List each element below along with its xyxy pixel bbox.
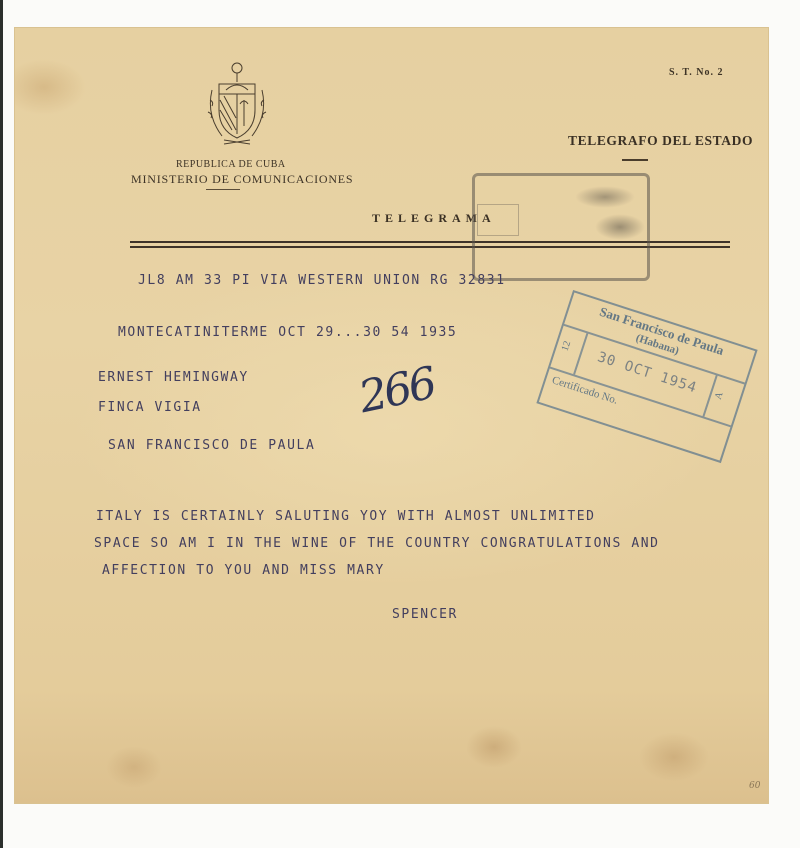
scan-edge [0,0,3,848]
divider [206,189,240,190]
recipient-estate: FINCA VIGIA [98,400,202,415]
republic-heading: REPUBLICA DE CUBA [176,159,286,170]
faded-receipt-stamp [472,173,650,281]
postmark-left-mark: 12 [560,340,574,353]
origin-date-line: MONTECATINITERME OCT 29...30 54 1935 [118,325,457,340]
postmark-right-mark: A [713,391,726,401]
coat-of-arms-icon [202,60,272,150]
ministry-heading: MINISTERIO DE COMUNICACIONES [131,172,353,187]
pencil-note: 60 [749,781,760,791]
message-line: ITALY IS CERTAINLY SALUTING YOY WITH ALM… [96,509,596,524]
sender-signature: SPENCER [392,607,458,622]
recipient-name: ERNEST HEMINGWAY [98,370,249,385]
postmark-stamp: San Francisco de Paula (Habana) 12 30 OC… [536,290,757,463]
telegram-sheet: REPUBLICA DE CUBA MINISTERIO DE COMUNICA… [14,27,769,804]
recipient-city: SAN FRANCISCO DE PAULA [108,438,315,453]
form-number: S. T. No. 2 [669,67,724,78]
service-heading: TELEGRAFO DEL ESTADO [568,133,753,149]
message-line: AFFECTION TO YOU AND MISS MARY [102,563,385,578]
handwritten-number: 266 [355,358,439,423]
transmission-header: JL8 AM 33 PI VIA WESTERN UNION RG 32831 [138,273,506,288]
message-line: SPACE SO AM I IN THE WINE OF THE COUNTRY… [94,536,660,551]
divider [622,159,648,161]
